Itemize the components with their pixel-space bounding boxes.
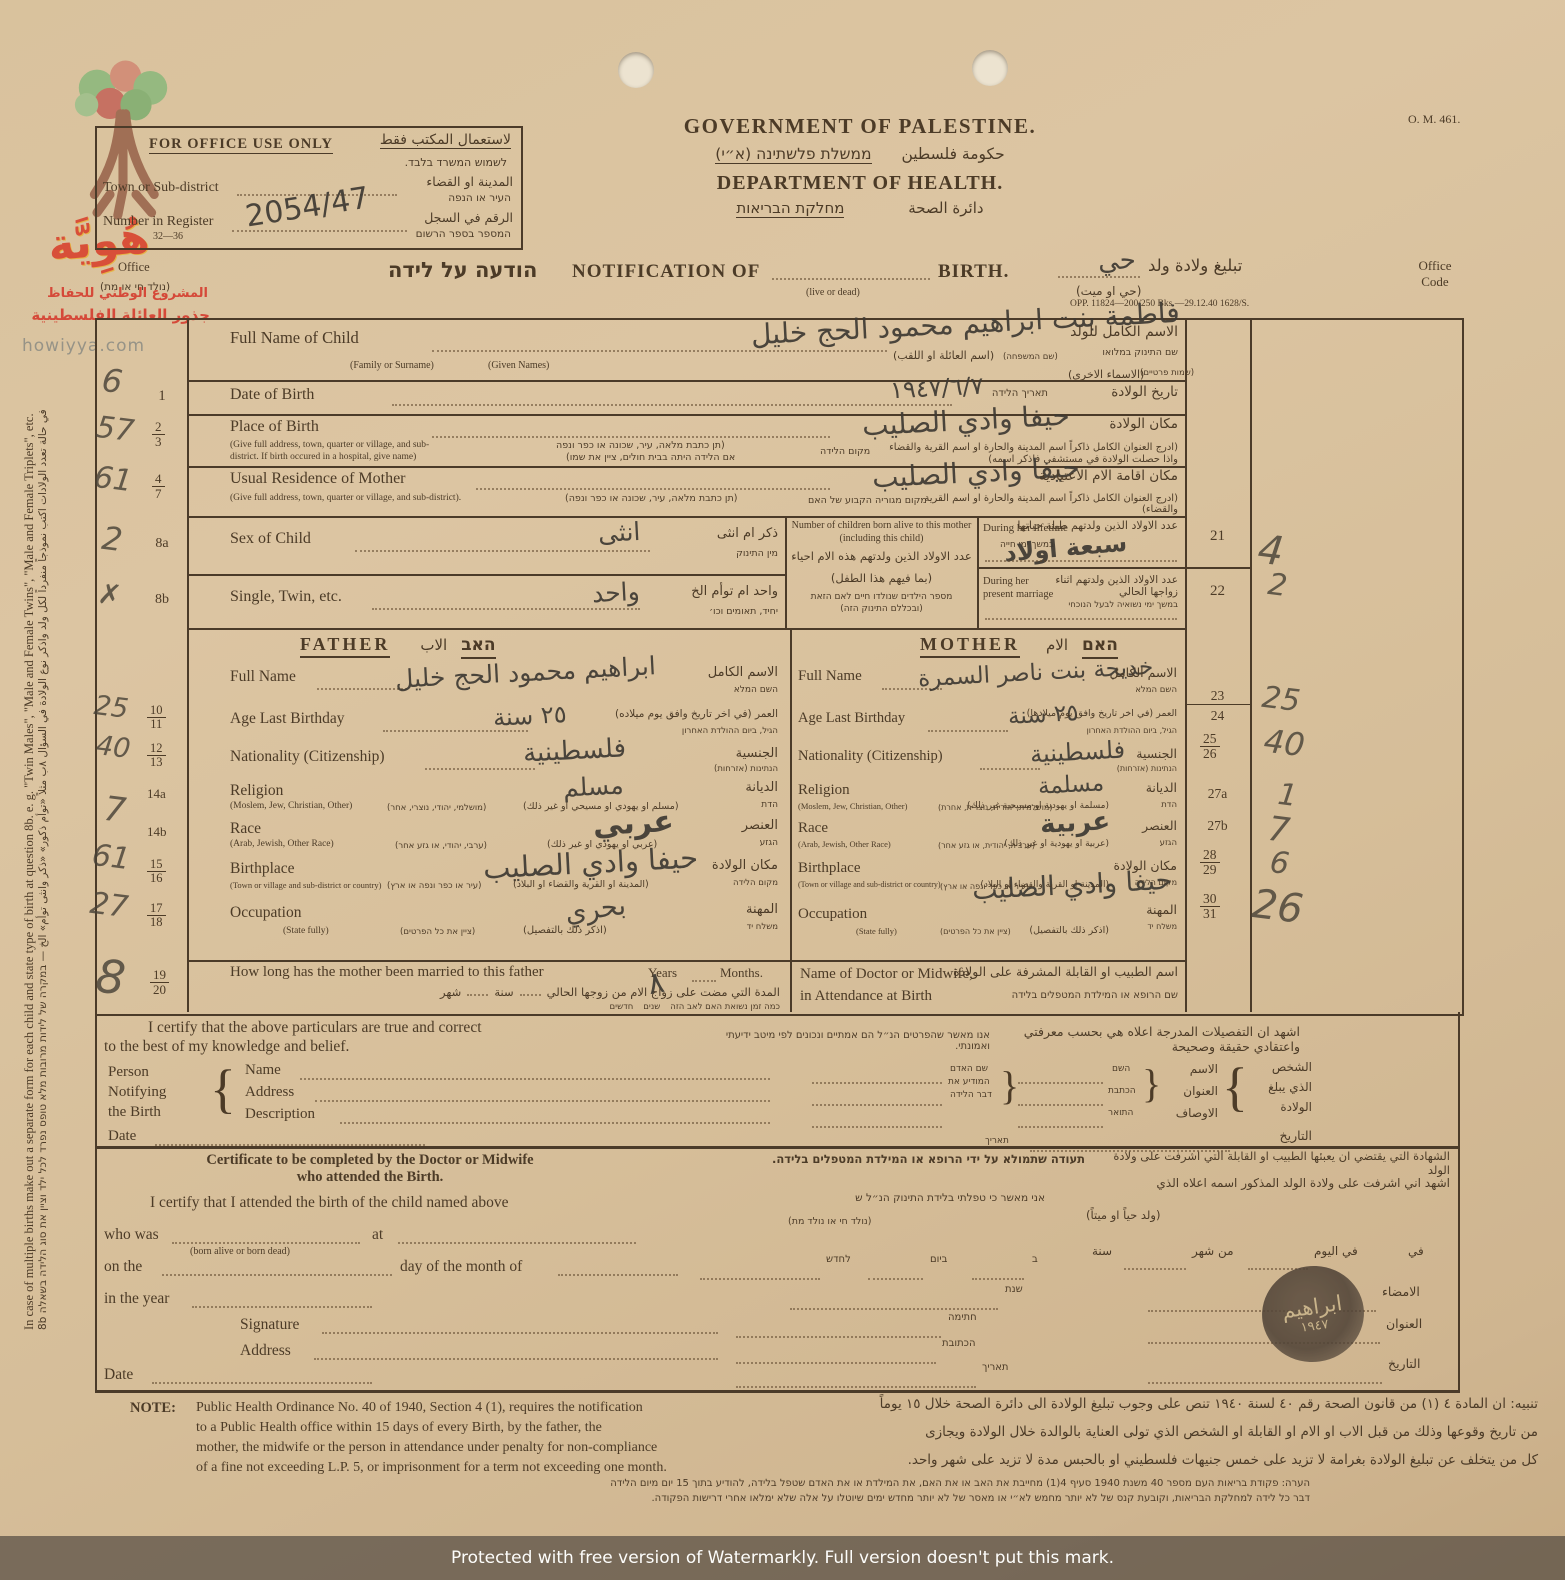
born-alive-dead-sub: (born alive or born dead): [190, 1246, 290, 1257]
ar-day-label: في اليوم: [1314, 1244, 1358, 1258]
notifier-ar-name: الاسم: [1160, 1062, 1218, 1076]
mother-heading-ar: الام: [1046, 636, 1068, 654]
he-born-sub: (נולד חי או נולד מת): [788, 1216, 871, 1227]
children-panel-head-ar1: عدد الاولاد الذين ولدتهم هذه الام احياء: [788, 549, 975, 563]
mother-race-value: عربية: [1039, 806, 1111, 840]
field-label-ar: الجنسية: [1136, 746, 1177, 761]
clerk-mark: 61: [92, 460, 134, 499]
mother-birthplace-row: Birthplace (Town or village and sub-dist…: [790, 854, 1185, 896]
note-en-line1: Public Health Ordinance No. 40 of 1940, …: [196, 1400, 643, 1416]
punch-hole: [618, 52, 654, 88]
ar-month-label: من شهر: [1192, 1244, 1234, 1258]
row-number-1: 1: [137, 388, 187, 405]
blank: [520, 984, 541, 996]
father-heading-he: האב: [461, 635, 495, 659]
title-blank-line: [772, 262, 930, 280]
field-label-ar: العمر (في اخر تاريخ وافق يوم ميلاده): [533, 708, 778, 720]
field-label: Race: [798, 820, 828, 837]
num-bottom: 18: [147, 916, 166, 929]
margin-note-en: In case of multiple births make out a se…: [22, 135, 37, 1330]
on-the-label: on the: [104, 1258, 142, 1276]
child-fullname-label: Full Name of Child: [230, 328, 359, 348]
margin-note-ar-he: في حالة تعدد الولادات اكتب نموذجاً منفرد…: [37, 135, 49, 1330]
doctor-cert-head-he: תעודה שתמולא על ידי הרופא או המילדת המטפ…: [640, 1152, 1085, 1166]
field-label: Full Name: [230, 668, 296, 686]
mid-line: [812, 1114, 942, 1128]
field-label-ar: مكان الولادة: [1113, 858, 1177, 873]
marriage-he-years: שנים: [643, 1002, 660, 1012]
date-of-birth-ar: تاريخ الولادة: [1040, 384, 1178, 400]
row-number-4-7: 47: [152, 472, 165, 503]
register-label-en: Number in Register: [103, 214, 213, 230]
marriage-duration-label: How long has the mother been married to …: [230, 964, 544, 981]
title-en-2: BIRTH.: [938, 261, 1009, 283]
father-fullname-row: Full Name ابراهيم محمود الحج خليل الاسم …: [95, 662, 790, 702]
doctor-cert-head-en1: Certificate to be completed by the Docto…: [150, 1152, 590, 1169]
town-label-he: העיר או הנפה: [448, 192, 511, 204]
office-code-header: Office Code: [1400, 258, 1470, 289]
date-of-birth-line: [392, 390, 952, 406]
mother-residence-ar-sub: (ادرج العنوان الكامل ذاكراً اسم المدينة …: [908, 493, 1178, 515]
field-sub-en: (State fully): [856, 926, 897, 936]
ar-year-label: سنة: [1092, 1244, 1112, 1258]
during-lifetime-line: [985, 546, 1177, 562]
note-ar-line1: تنبيه: ان المادة ٤ (١) من قانون الصحة رق…: [780, 1396, 1538, 1412]
field-sub-he: (ציין את כל הפרטים): [940, 927, 1011, 936]
notifier-date-label: Date: [108, 1128, 136, 1145]
field-label: Occupation: [798, 906, 867, 923]
father-occupation-row: 1718 Occupation (State fully) بحري (ציין…: [95, 896, 790, 944]
field-label-he: משלח יד: [1147, 922, 1177, 931]
note-en-line2: to a Public Health office within 15 days…: [196, 1420, 602, 1436]
doctor-date-label: Date: [104, 1366, 133, 1384]
round-stamp: ابراهيم ١٩٤٧: [1256, 1259, 1370, 1368]
notifier-group-2: Notifying: [108, 1084, 166, 1101]
title-ar-sub: (حي او ميت): [1076, 284, 1141, 298]
note-ar-line3: كل من يتخلف عن تبليغ الولادة بغرامة لا ت…: [780, 1452, 1538, 1468]
he-date-line: [736, 1374, 976, 1388]
rule: [187, 960, 1185, 962]
children-panel-head-en2: (including this child): [788, 533, 975, 544]
office-code-line1: Office: [1400, 258, 1470, 274]
children-panel-head-he1: מספר הילדים שנולדו חיים לאם הזאת: [788, 592, 975, 602]
certify-en-2: to the best of my knowledge and belief.: [104, 1038, 349, 1056]
notifier-ar-group-1: الشخص: [1248, 1060, 1312, 1074]
doctor-name-ar: اسم الطبيب او القابلة المشرفة على الولاد…: [928, 964, 1178, 979]
he-b-label: ב: [1032, 1254, 1038, 1265]
doctor-cert-certify-ar: اشهد اني اشرفت على ولادة الولد المذكور ا…: [1130, 1176, 1450, 1190]
note-he-line1: הערה: פקודת בריאות העם מספר 40 משנת 1940…: [540, 1478, 1310, 1489]
register-range: 32—36: [153, 231, 183, 242]
place-of-birth-he-sub2: אם הלידה היתה בבית חולים, ציין את שמו): [566, 452, 735, 463]
during-lifetime-ar: عدد الاولاد الذين ولدتهم طيلة حياتها: [1000, 519, 1178, 532]
field-label-ar: المهنة: [746, 902, 778, 917]
day-of-month-label: day of the month of: [400, 1258, 522, 1276]
note-en-line4: of a fine not exceeding L.P. 5, or impri…: [196, 1460, 667, 1476]
address-line: [314, 1346, 718, 1360]
notifier-address-label: Address: [245, 1084, 294, 1101]
father-religion-row: 14a Religion (Moslem, Jew, Christian, Ot…: [95, 778, 790, 816]
mother-nationality-row: Nationality (Citizenship) فلسطينية الجنس…: [790, 740, 1185, 778]
clerk-mark: 25: [1260, 680, 1302, 719]
register-label-he: המספר בספר הרשום: [416, 228, 511, 240]
rule: [187, 380, 1185, 382]
clerk-mark: 26: [1249, 881, 1305, 933]
child-fullname-ar-sub2: (الاسماء الاخرى): [1068, 368, 1144, 381]
father-race-value: عربي: [592, 804, 675, 843]
field-label: Nationality (Citizenship): [798, 748, 943, 765]
government-title-he: ממשלת פלשתינה (א״י): [715, 145, 871, 164]
office-code-24: 24: [1185, 708, 1250, 724]
child-fullname-he: שם התינוק במלואו: [1058, 347, 1178, 358]
child-fullname-sub2: (Given Names): [488, 360, 549, 371]
day-of-month-line: [558, 1262, 678, 1276]
notifier-he-name: השם: [1112, 1064, 1130, 1074]
ar-date-line: [1148, 1370, 1382, 1384]
row-number-14b: 14b: [147, 824, 167, 840]
he-date-label: תאריך: [982, 1362, 1009, 1373]
place-of-birth-he-sub1: (תן כתבת מלאה, עיר, שכונה או כפר ונפה: [556, 440, 725, 451]
signature-label: Signature: [240, 1316, 299, 1334]
num-bottom: 29: [1200, 863, 1220, 877]
field-label-he: משלח יד: [747, 922, 778, 932]
title-en-1: NOTIFICATION OF: [572, 261, 760, 283]
mother-residence-line: [476, 474, 830, 490]
mother-religion-row: Religion (Moslem, Jew, Christian, Other)…: [790, 778, 1185, 816]
field-sub-en: (Town or village and sub-district or cou…: [798, 880, 941, 889]
num-top: 15: [147, 858, 166, 872]
notifier-he-group-2: המודיע את: [948, 1077, 990, 1087]
rule: [1185, 318, 1187, 1012]
notifier-he-description: התואר: [1108, 1108, 1133, 1118]
rule: [977, 516, 979, 628]
title-he-sub: (נולד חי או מת): [100, 281, 170, 293]
mother-residence-he-sub: (תן כתבת מלאה, עיר, שכונה או כפר ונפה): [565, 493, 737, 504]
row-number-19-20: 1920: [150, 968, 169, 999]
num-top: 19: [150, 968, 169, 983]
at-line: [398, 1230, 636, 1244]
who-was-label: who was: [104, 1226, 159, 1244]
notifier-he-group-3: דבר הלידה: [950, 1090, 992, 1100]
place-of-birth-ar: مكان الولادة: [1078, 416, 1178, 432]
child-fullname-he-sub2: (שמות פרטיים): [1140, 368, 1194, 378]
mid-line: [812, 1070, 942, 1084]
field-label: Full Name: [798, 668, 862, 685]
rule: [95, 1012, 97, 1392]
government-title-en: GOVERNMENT OF PALESTINE.: [600, 114, 1120, 139]
child-fullname-sub1: (Family or Surname): [350, 360, 434, 371]
field-label-ar: العمر (في اخر تاريخ وافق يوم ميلادها): [962, 708, 1177, 719]
field-label-he: הדת: [1161, 800, 1177, 810]
office-use-title-he: לשמוש המשרד בלבד.: [405, 156, 507, 169]
date-of-birth-label: Date of Birth: [230, 386, 314, 404]
notifier-ar-address: العنوان: [1160, 1084, 1218, 1098]
notifier-he-group-1: שם האדם: [950, 1064, 988, 1074]
field-label-he: השם המלא: [734, 685, 778, 695]
doctor-cert-certify-he: אני מאשר כי טפלתי בלידת התינוק הנ״ל ש: [700, 1192, 1045, 1204]
in-the-year-line: [192, 1294, 372, 1308]
num-bottom: 26: [1200, 747, 1220, 761]
field-label: Nationality (Citizenship): [230, 748, 385, 766]
mid-line: [1018, 1092, 1103, 1106]
field-label: Age Last Birthday: [798, 710, 905, 727]
present-marriage-ar: عدد الاولاد الذين ولدتهم اثناء زواجها ال…: [1040, 574, 1178, 598]
ar-address-label: العنوان: [1386, 1316, 1422, 1331]
notifier-ar-group-2: الذي يبلغ: [1240, 1080, 1312, 1094]
office-code-27a: 27a: [1185, 786, 1250, 802]
marriage-he-months: חדשים: [610, 1002, 634, 1012]
blank: [467, 984, 488, 996]
field-sub-ar: (اذكر ذلك بالتفصيل): [523, 925, 607, 936]
field-label-ar: العنصر: [1142, 818, 1177, 833]
num-bottom: 11: [147, 718, 166, 731]
rule: [187, 574, 785, 576]
row-number-2-3: 23: [152, 420, 165, 451]
num-bottom: 31: [1200, 907, 1220, 921]
field-label-he: הגיל, ביום ההולדת האחרון: [682, 726, 778, 736]
num-bottom: 20: [150, 983, 169, 997]
brace: }: [1000, 1062, 1019, 1109]
field-label: Religion: [798, 782, 850, 799]
mid-line: [1018, 1114, 1103, 1128]
single-twin-value: واحد: [591, 577, 640, 608]
mother-section: Full Name خديجة بنت ناصر السمرة الاسم ال…: [790, 662, 1185, 944]
num-bottom: 7: [152, 487, 165, 501]
rule: [95, 1390, 1460, 1393]
father-religion-value: مسلم: [562, 770, 624, 802]
sex-of-child-value: انثى: [597, 517, 641, 548]
place-of-birth-sub2: district. If birth occured in a hospital…: [230, 452, 416, 462]
he-line: [972, 1266, 1024, 1280]
mother-residence-ar: مكان اقامة الام الاعتيادية: [1020, 468, 1178, 484]
field-label-he: הגזע: [760, 838, 778, 848]
field-sub-en: (State fully): [283, 926, 329, 936]
row-number-8b: 8b: [137, 592, 187, 608]
punch-hole: [972, 50, 1008, 86]
field-label-he: הגיל, ביום ההולדת האחרון: [1087, 726, 1177, 735]
multiple-births-margin-note: In case of multiple births make out a se…: [22, 135, 49, 1330]
field-label: Age Last Birthday: [230, 710, 345, 728]
marriage-duration-ar-line: المدة التي مضت على زواج الام من زوجها ال…: [440, 984, 780, 999]
child-fullname-ar: الاسم الكامل للولد: [1050, 324, 1178, 340]
father-nationality-value: فلسطينية: [522, 733, 626, 768]
certify-en-1: I certify that the above particulars are…: [148, 1019, 482, 1037]
field-sub-ar: (المدينة او القرية والقضاء او البلاد): [980, 880, 1109, 890]
mother-age-row: Age Last Birthday ٢٥ سنة العمر (في اخر ت…: [790, 702, 1185, 740]
present-marriage-line: [985, 604, 1177, 620]
field-label-ar: مكان الولادة: [712, 858, 778, 873]
he-address-label: הכתובת: [942, 1338, 975, 1349]
field-label-he: הדת: [761, 800, 778, 810]
place-of-birth-label: Place of Birth: [230, 418, 319, 436]
doctor-date-line: [152, 1370, 372, 1384]
row-number-17-18: 1718: [147, 902, 166, 931]
marriage-duration-he-line: כמה זמן נשואת האם לאב הזה שנים חדשים: [520, 1002, 780, 1012]
num-top: 28: [1200, 848, 1220, 863]
present-marriage-label1: During her: [983, 576, 1029, 587]
mother-residence-label: Usual Residence of Mother: [230, 470, 406, 488]
watermark-bar: Protected with free version of Watermark…: [0, 1536, 1565, 1580]
father-heading-en: FATHER: [300, 634, 390, 658]
doctor-cert-head-en2: who attended the Birth.: [150, 1169, 590, 1186]
mother-race-row: Race (Arab, Jewish, Other Race) عربية (ע…: [790, 816, 1185, 854]
signature-line: [322, 1320, 718, 1334]
in-the-year-label: in the year: [104, 1290, 169, 1308]
rule: [187, 516, 1185, 518]
he-address-line: [736, 1350, 936, 1364]
office-use-box: FOR OFFICE USE ONLY لاستعمال المكتب فقط …: [95, 126, 523, 250]
row-number-10-11: 1011: [147, 704, 166, 733]
field-label: Race: [230, 820, 261, 838]
title-ar: تبليغ ولادة ولد: [1148, 256, 1242, 275]
num-top: 12: [147, 742, 166, 756]
mother-heading-en: MOTHER: [920, 634, 1020, 658]
single-twin-ar: واحد ام توأم الخ: [648, 584, 778, 599]
single-twin-label: Single, Twin, etc.: [230, 588, 342, 606]
ar-born-sub: (ولد حياً او ميتاً): [1086, 1208, 1160, 1222]
notifier-group-1: Person: [108, 1064, 149, 1081]
field-label: Occupation: [230, 904, 301, 922]
field-sub-he: (ציין את כל הפרטים): [400, 927, 475, 937]
office-use-title-ar: لاستعمال المكتب فقط: [380, 132, 511, 149]
num-top: 17: [147, 902, 166, 916]
mid-line: [1018, 1070, 1103, 1084]
place-of-birth-he: מקום הלידה: [820, 446, 870, 457]
notifier-he-address: הכתבת: [1108, 1086, 1136, 1096]
num-top: 4: [152, 472, 165, 487]
doctor-name-he: שם הרופא או המילדת המטפלים בלידה: [928, 990, 1178, 1001]
office-code-23: 23: [1185, 688, 1250, 705]
certify-he: אנו מאשר שהפרטים הנ״ל הם אמתיים ונכונים …: [690, 1030, 990, 1052]
government-title-ar-he: حكومة فلسطين ממשלת פלשתינה (א״י): [600, 145, 1120, 164]
mother-heading: MOTHER האם الام: [920, 634, 1118, 655]
field-label: Religion: [230, 782, 283, 800]
field-label-he: מקום הלידה: [1135, 878, 1177, 887]
notifier-group-3: the Birth: [108, 1104, 161, 1121]
scanned-birth-notification-form: هُوِيَّة المشروع الوطني للحفاظ جذور العا…: [0, 0, 1565, 1580]
notifier-ar-group-3: الولادة: [1248, 1100, 1312, 1114]
blank-line: [317, 674, 407, 690]
clerk-mark: 57: [94, 410, 136, 449]
notifier-address-line: [315, 1088, 770, 1102]
years-line: [692, 968, 716, 982]
office-code-25-26: 2526: [1200, 732, 1220, 763]
ar-date-label: التاريخ: [1388, 1356, 1420, 1371]
watermark-text: Protected with free version of Watermark…: [451, 1548, 1114, 1568]
rule: [785, 516, 787, 628]
father-heading: FATHER האב الاب: [300, 634, 496, 655]
clerk-mark: 40: [1262, 722, 1307, 765]
notifier-name-label: Name: [245, 1062, 281, 1079]
field-label-ar: الاسم الكامل: [708, 665, 778, 680]
field-sub-en: (Moslem, Jew, Christian, Other): [798, 801, 907, 811]
mother-occupation-row: Occupation (State fully) (ציין את כל הפר…: [790, 896, 1185, 944]
marriage-months-label: Months.: [720, 965, 763, 981]
field-sub-en: (Arab, Jewish, Other Race): [230, 839, 334, 849]
notifier-description-line: [340, 1110, 770, 1124]
field-label-ar: المهنة: [1146, 902, 1177, 917]
he-month-label: לחדש: [826, 1254, 851, 1265]
office-use-title-en: FOR OFFICE USE ONLY: [149, 136, 333, 154]
child-fullname-ar-sub1: (اسم العائلة او اللقب): [893, 349, 994, 362]
field-sub-en: (Arab, Jewish, Other Race): [798, 839, 891, 849]
rule: [1458, 1012, 1460, 1392]
department-title-en: DEPARTMENT OF HEALTH.: [600, 172, 1120, 195]
mother-religion-value: مسلمة: [1037, 770, 1104, 799]
place-of-birth-line: [432, 422, 830, 438]
field-label: Birthplace: [798, 860, 860, 877]
header-block: GOVERNMENT OF PALESTINE. حكومة فلسطين ממ…: [600, 114, 1120, 218]
father-birthplace-row: 1516 Birthplace (Town or village and sub…: [95, 854, 790, 896]
office-code-30-31: 3031: [1200, 892, 1220, 923]
field-label-ar: الديانة: [745, 780, 778, 795]
row-number-15-16: 1516: [147, 858, 166, 887]
note-label: NOTE:: [130, 1400, 176, 1417]
government-title-ar: حكومة فلسطين: [901, 145, 1004, 163]
office-code-28-29: 2829: [1200, 848, 1220, 879]
register-label-ar: الرقم في السجل: [424, 210, 513, 225]
rule: [977, 567, 1250, 569]
num-top: 30: [1200, 892, 1220, 907]
notifier-date-line: [155, 1132, 425, 1146]
title-he: הודעה על לידה: [388, 258, 537, 282]
address-label: Address: [240, 1342, 291, 1360]
ar-fi-label: في: [1408, 1244, 1424, 1258]
field-label-ar: الديانة: [1146, 780, 1177, 795]
field-sub-ar: (عربية او يهودية او غير ذلك): [1004, 839, 1109, 849]
certify-ar: اشهد ان التفصيلات المدرجة اعلاه هي بحسب …: [1000, 1024, 1300, 1054]
notifier-name-line: [300, 1066, 770, 1080]
num-bottom: 16: [147, 872, 166, 885]
marriage-ar-year: سنة: [494, 985, 513, 999]
field-label-he: הנתינות (אזרחות): [1117, 764, 1177, 773]
field-label-ar: الاسم الكامل: [1109, 665, 1177, 680]
field-label-ar: الجنسية: [736, 746, 778, 761]
row-number-8a: 8a: [137, 536, 187, 552]
brace: }: [1142, 1060, 1161, 1107]
department-title-he: מחלקת הבריאות: [736, 199, 844, 218]
marriage-ar-month: شهر: [440, 985, 461, 999]
office-left-label: Office: [118, 260, 150, 275]
child-fullname-he-sub1: (שם המשפחה): [1003, 352, 1058, 362]
notifier-he-date: תאריך: [985, 1136, 1009, 1146]
num-top: 25: [1200, 732, 1220, 747]
mother-nationality-value: فلسطينية: [1029, 736, 1125, 769]
he-byom-label: ביום: [930, 1254, 947, 1265]
place-of-birth-sub1: (Give full address, town, quarter or vil…: [230, 440, 429, 450]
stamp-subtext: ١٩٤٧: [1300, 1317, 1330, 1336]
sex-of-child-ar: ذكر ام انثى: [662, 526, 778, 541]
children-panel-head-ar2: (بما فيهم هذا الطفل): [788, 571, 975, 585]
field-label-he: הנתינות (אזרחות): [714, 764, 778, 774]
field-sub-he: (ערבי, יהודי, או גזע אחר): [395, 841, 487, 851]
field-sub-en: (Town or village and sub-district or cou…: [230, 880, 381, 890]
marriage-he-label: כמה זמן נשואת האם לאב הזה: [670, 1002, 780, 1012]
single-twin-he: יחיד, תאומים וכו׳: [648, 606, 778, 617]
ar-line: [1124, 1256, 1186, 1270]
notifier-ar-date: التاريخ: [1248, 1128, 1312, 1143]
father-age-row: 1011 Age Last Birthday ٢٥ سنة العمر (في …: [95, 702, 790, 740]
office-code-line2: Code: [1400, 274, 1470, 290]
mother-fullname-row: Full Name خديجة بنت ناصر السمرة الاسم ال…: [790, 662, 1185, 702]
office-code-21: 21: [1185, 528, 1250, 545]
field-sub-he: (מושלמי, יהודי, נוצרי, אחר): [387, 803, 486, 813]
he-year-label: שנת: [1005, 1284, 1023, 1295]
field-sub-en: (Moslem, Jew, Christian, Other): [230, 801, 352, 811]
sex-of-child-label: Sex of Child: [230, 530, 311, 548]
father-heading-ar: الاب: [420, 636, 447, 654]
num-bottom: 13: [147, 756, 166, 769]
